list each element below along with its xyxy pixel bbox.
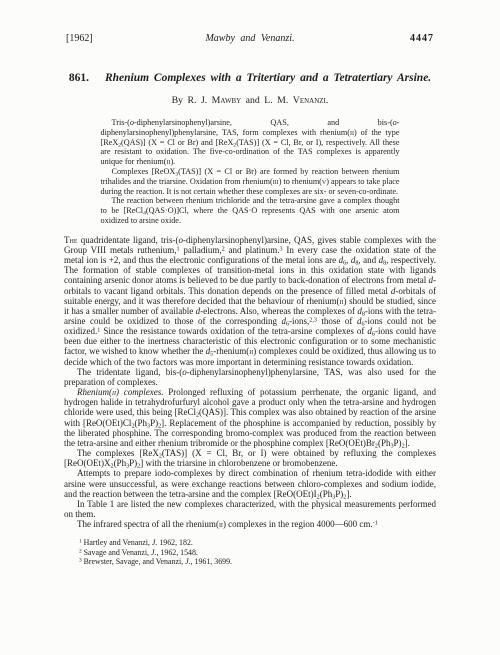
page-header: [1962] Mawby and Venanzi. 4447	[66, 33, 434, 46]
footnotes: 1 Hartley and Venanzi, J. 1962, 182.2 Sa…	[79, 538, 500, 566]
paragraph: Rhenium(ii) complexes. Prolonged refluxi…	[64, 387, 436, 448]
article-title-block: 861.Rhenium Complexes with a Tritertiary…	[63, 71, 437, 86]
article-title-text: Rhenium Complexes with a Tritertiary and…	[105, 72, 431, 84]
paragraph: Complexes [ReOX3(TAS)] (X = Cl or Br) ar…	[101, 167, 400, 196]
paragraph: 1 Hartley and Venanzi, J. 1962, 182.	[79, 538, 500, 547]
paragraph: 2 Savage and Venanzi, J., 1962, 1548.	[79, 548, 500, 557]
paragraph: The reaction between rhenium trichloride…	[101, 196, 400, 225]
paragraph: Attempts to prepare iodo-complexes by di…	[64, 468, 436, 498]
paragraph: In Table 1 are listed the new complexes …	[64, 499, 436, 519]
paragraph: The infrared spectra of all the rhenium(…	[64, 519, 436, 529]
article-number: 861.	[69, 72, 89, 84]
paragraph: The tridentate ligand, bis-(o-diphenylar…	[64, 367, 436, 387]
paragraph: The quadridentate ligand, tris-(o-diphen…	[64, 235, 436, 367]
header-running-title: Mawby and Venanzi.	[66, 33, 434, 44]
paragraph: Tris-(o-diphenylarsinophenyl)arsine, QAS…	[101, 118, 400, 167]
journal-page: [1962] Mawby and Venanzi. 4447 861.Rheni…	[0, 0, 500, 655]
header-page-number: 4447	[410, 33, 434, 44]
article-body: The quadridentate ligand, tris-(o-diphen…	[64, 235, 436, 530]
paragraph: 3 Brewster, Savage, and Venanzi, J., 196…	[79, 557, 500, 566]
abstract: Tris-(o-diphenylarsinophenyl)arsine, QAS…	[101, 118, 400, 226]
paragraph: The complexes [ReX2(TAS)] (X = Cl, Br, o…	[64, 448, 436, 468]
byline: By R. J. Mawby and L. M. Venanzi.	[0, 95, 500, 106]
